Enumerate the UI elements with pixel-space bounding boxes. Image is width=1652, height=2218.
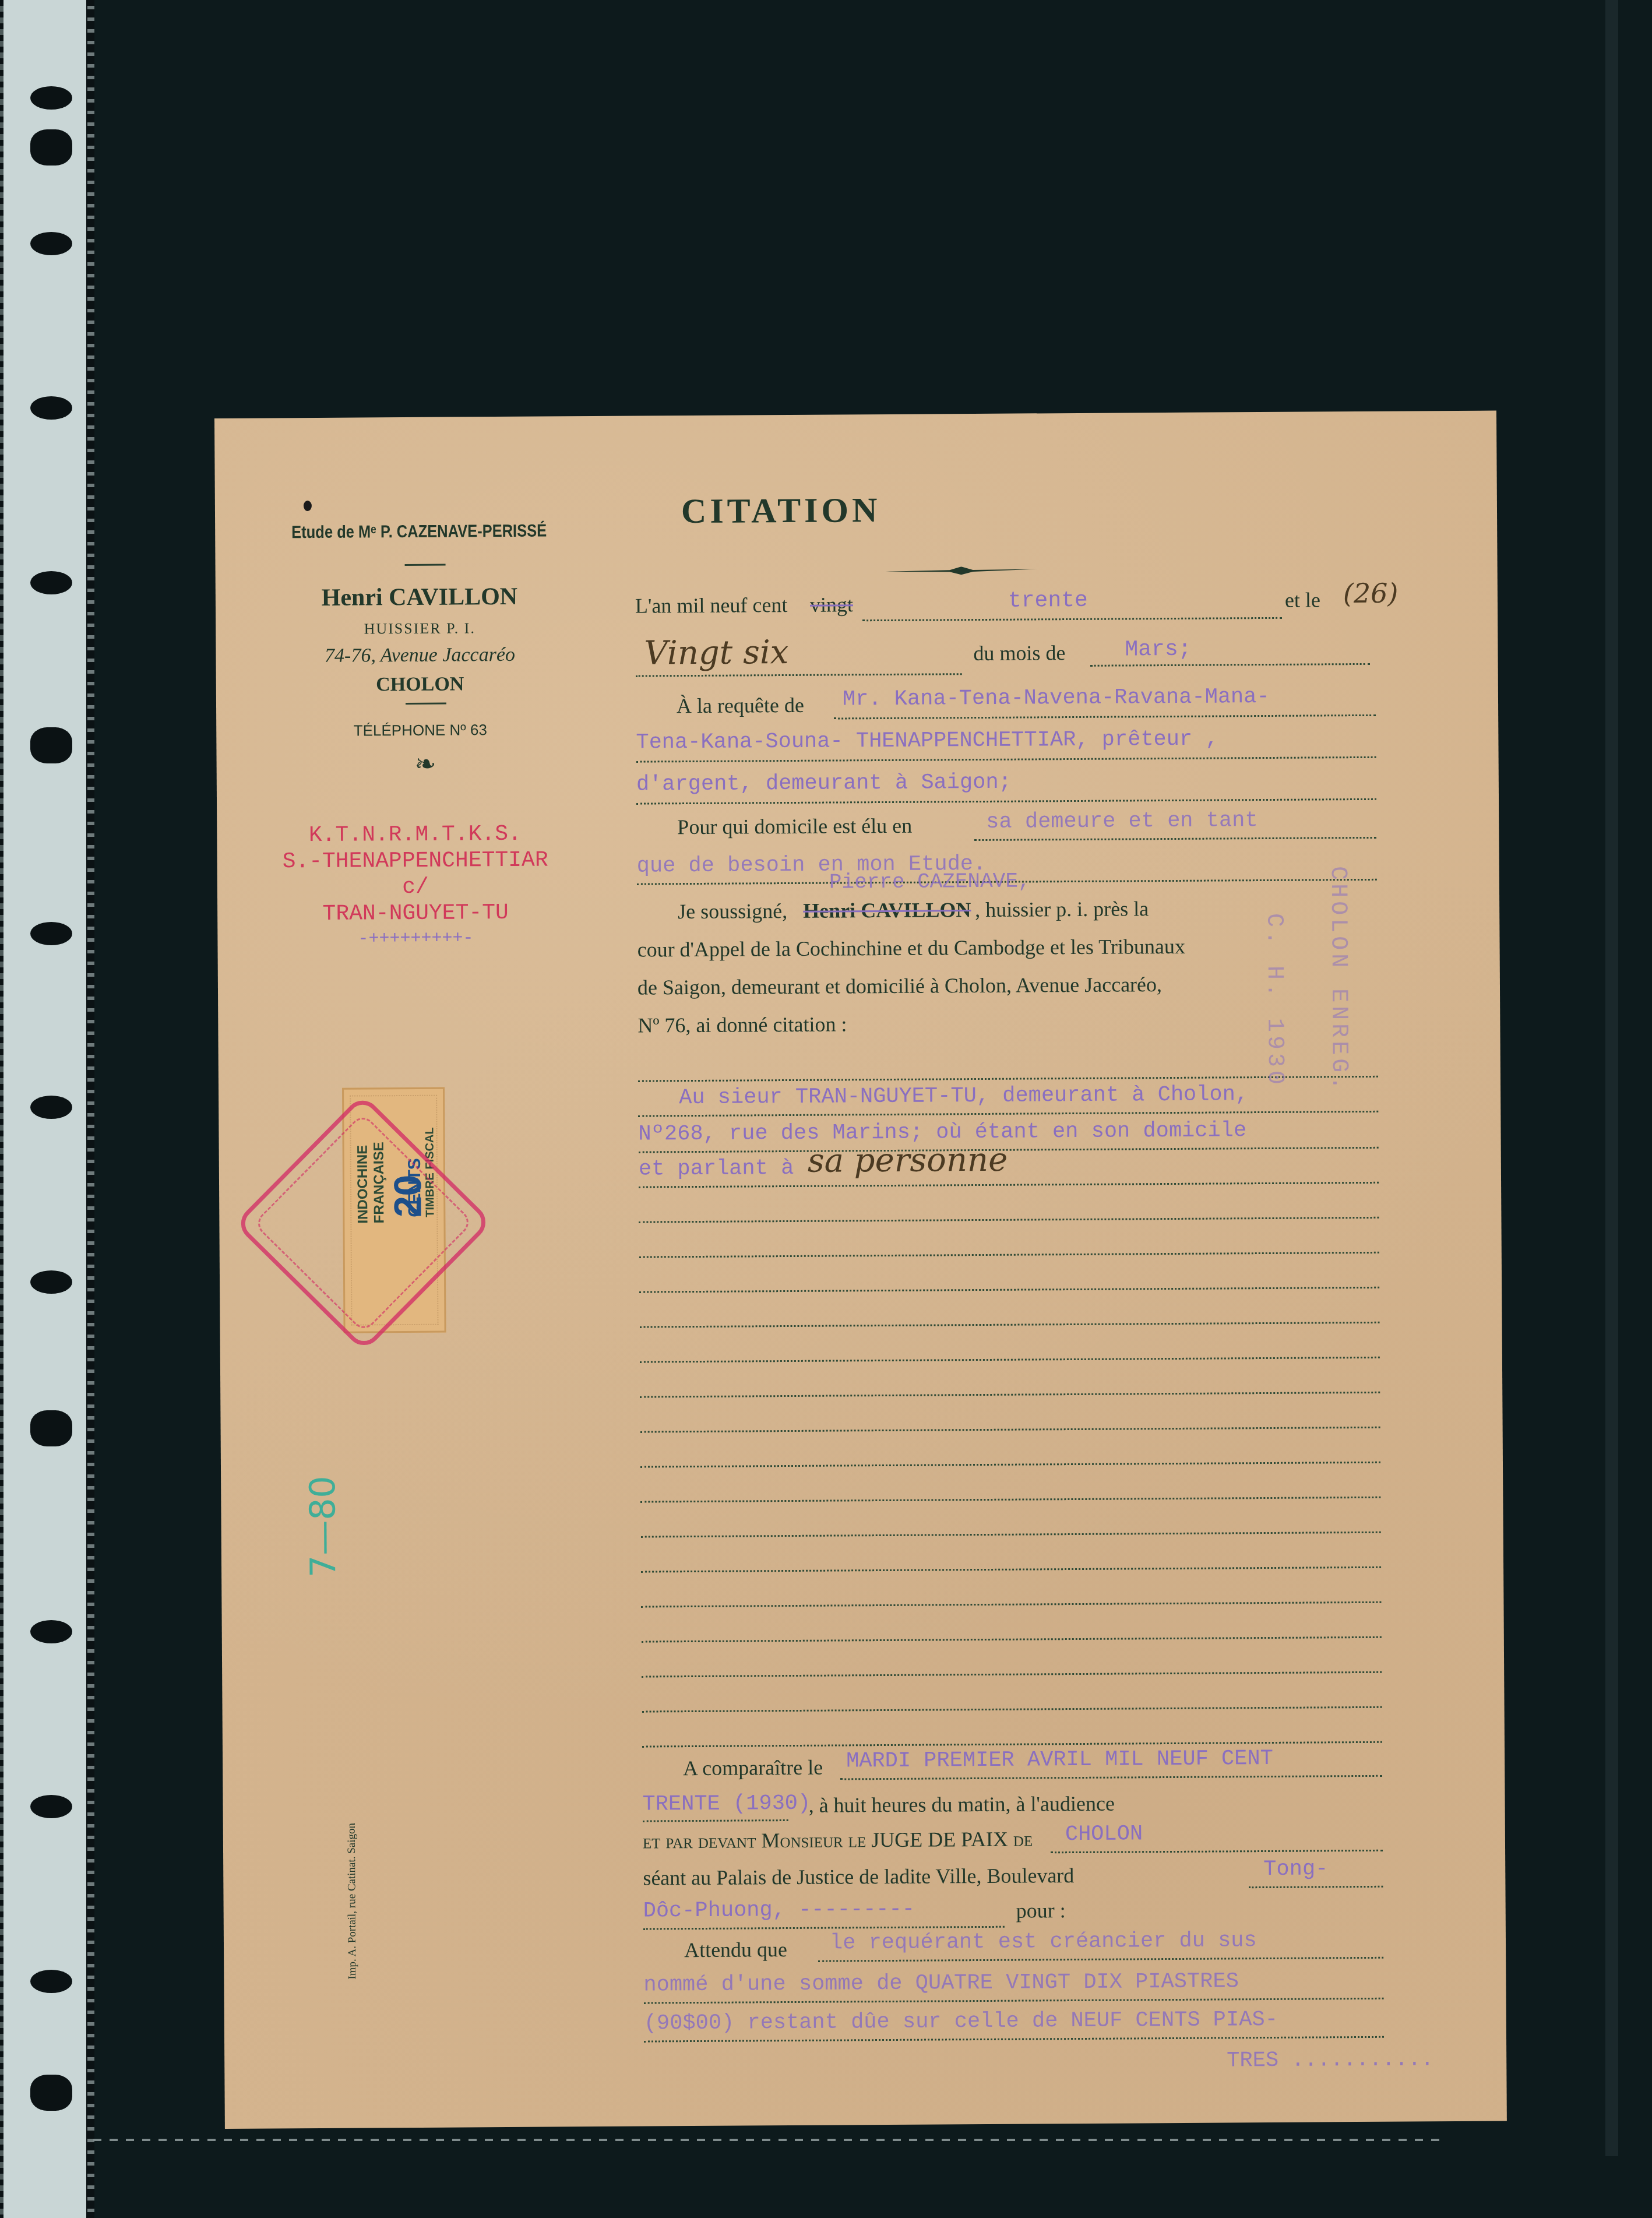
caption-line-1: K.T.N.R.M.T.K.S. [240,821,590,849]
binder-sleeve-strip [0,0,89,2218]
huissier-address: 74-76, Avenue Jaccaréo [256,643,583,667]
fill-line [636,756,1376,763]
blank-line [640,1392,1380,1398]
appearance-line-5-typed: Dôc-Phuong, --------- [643,1897,915,1924]
appearance-line-3-printed: et par devant Monsieur le JUGE DE PAIX d… [643,1826,1033,1853]
substitute-name: Pierre CAZENAVE, [829,869,1031,894]
blank-line [640,1322,1380,1328]
blank-line [642,1706,1382,1713]
blank-line [641,1532,1381,1538]
title-ornament-icon [886,566,1037,575]
printer-imprint: Imp. A. Portail, rue Catinat. Saigon [346,1823,360,1980]
binder-hole [30,396,72,420]
vertical-ink-stamp: C. H. 1930 [1260,913,1288,1106]
fill-line [644,1998,1384,2004]
fill-line [643,1926,1005,1930]
date-struck: vingt [810,592,853,617]
divider [406,703,446,705]
fill-line [636,673,962,677]
binder-hole [30,1270,72,1294]
soussigne-line-2: cour d'Appel de la Cochinchine et du Cam… [637,934,1185,962]
vertical-ink-stamp: CHOLON ENREG. [1325,866,1352,1146]
appearance-line-2-printed: , à huit heures du matin, à l'audience [808,1791,1115,1818]
appearance-label: A comparaître le [683,1755,823,1780]
defendant-line-1: Au sieur TRAN-NGUYET-TU, demeurant à Cho… [679,1082,1248,1110]
binder-hole [30,571,72,594]
date-suffix: et le [1285,587,1320,612]
struck-huissier-name: Henri CAVILLON [803,897,971,923]
blank-line [640,1497,1380,1503]
requester-line-2: Tena-Kana-Souna- THENAPPENCHETTIAR, prêt… [636,727,1218,755]
appearance-line-1: MARDI PREMIER AVRIL MIL NEUF CENT [846,1747,1273,1773]
soussigne-line-3: de Saigon, demeurant et domicilié à Chol… [637,972,1162,999]
binder-hole [30,86,72,110]
requester-label: À la requête de [677,693,804,718]
fill-line [639,1147,1379,1153]
soussigne-prefix: Je soussigné, [678,899,787,924]
defendant-line-3-hand: sa personne [808,1141,1008,1180]
appearance-line-2-typed: TRENTE (1930) [642,1791,811,1817]
blank-line [641,1601,1381,1608]
fill-line [818,1957,1383,1962]
day-words-handwritten: Vingt six [644,633,788,673]
sleeve-bottom-perforation [93,2139,1439,2141]
blank-line [639,1287,1379,1293]
requester-line-1: Mr. Kana-Tena-Navena-Ravana-Mana- [843,685,1270,712]
blank-line [640,1357,1380,1363]
divider [405,564,446,566]
fill-line [974,837,1376,841]
boulevard-typed: Tong- [1263,1857,1328,1882]
binder-hole [30,922,72,945]
attendu-line-1: le requérant est créancier du sus [830,1928,1257,1955]
domicile-line-1: sa demeure et en tant [986,808,1258,835]
binder-hole [30,1410,72,1446]
blank-line [642,1636,1382,1643]
caption-line-2: S.-THENAPPENCHETTIAR [241,847,590,875]
binder-hole [30,1620,72,1643]
year-typed: trente [1008,588,1088,614]
citation-document: Etude de Mᵉ P. CAZENAVE-PERISSÉ Henri CA… [214,411,1507,2129]
binder-hole [30,1096,72,1119]
stamp-cancellation-mark [234,1093,492,1352]
blank-line [642,1671,1382,1678]
page-title: CITATION [681,490,881,531]
blank-line [639,1252,1379,1258]
fill-line [639,1182,1379,1188]
huissier-name: Henri CAVILLON [256,582,583,612]
soussigne-line-4: Nº 76, ai donné citation : [637,1012,847,1037]
huissier-city: CHOLON [257,673,583,696]
fill-line [840,1775,1382,1780]
sleeve-perforation [87,0,94,2218]
fill-line [862,617,1282,621]
sleeve-edge [0,0,3,2218]
telephone: TÉLÉPHONE Nº 63 [257,720,583,740]
etude-header: Etude de Mᵉ P. CAZENAVE-PERISSÉ [280,521,558,543]
day-handwritten: (26) [1343,578,1399,610]
fill-line [643,1819,788,1822]
appearance-line-4-printed: séant au Palais de Justice de ladite Vil… [643,1863,1074,1890]
binder-hole [30,232,72,255]
defendant-line-3-typed: et parlant à [639,1156,794,1182]
caption-line-3: TRAN-NGUYET-TU [241,900,590,927]
fill-line [1051,1850,1383,1853]
blank-line [641,1566,1381,1573]
month-label: du mois de [973,640,1065,666]
caption-versus: c/ [241,874,590,901]
blank-line [639,1217,1379,1223]
attendu-line-2: nommé d'une somme de QUATRE VINGT DIX PI… [643,1969,1239,1997]
fill-line [1090,663,1370,667]
paper-hole-mark [304,501,312,511]
soussigne-suffix: , huissier p. i. près la [975,896,1149,922]
handwritten-code: 7—80 [302,1476,344,1578]
domicile-label: Pour qui domicile est élu en [677,814,912,839]
binder-hole [30,129,72,166]
binder-hole [30,2075,72,2111]
huissier-title: HUISSIER P. I. [256,619,583,638]
fill-line [1249,1886,1383,1888]
sleeve-right-edge [1605,0,1618,2156]
fill-line [638,1111,1378,1117]
month-typed: Mars; [1125,637,1191,663]
date-prefix: L'an mil neuf cent [635,593,788,618]
attendu-line-4: TRES ........... [1227,2047,1434,2073]
fleuron-ornament-icon: ❧ [414,749,436,779]
binder-hole [30,727,72,763]
appearance-line-5-printed: pour : [1016,1898,1066,1923]
attendu-line-3: (90$00) restant dûe sur celle de NEUF CE… [644,2008,1278,2036]
blank-line [640,1427,1380,1433]
court-city: CHOLON [1065,1822,1143,1847]
binder-hole [30,1970,72,1993]
caption-ornament: -+++++++++- [241,928,590,950]
blank-line [640,1462,1380,1468]
attendu-label: Attendu que [684,1937,787,1962]
fill-line [644,2036,1384,2043]
requester-line-3: d'argent, demeurant à Saigon; [636,770,1012,797]
fill-line [834,714,1376,720]
binder-hole [30,1795,72,1818]
fill-line [636,798,1376,805]
